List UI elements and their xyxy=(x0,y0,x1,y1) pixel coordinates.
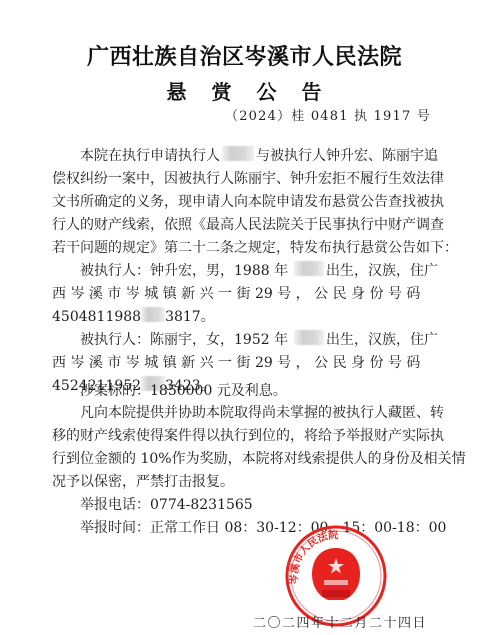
court-name: 广西壮族自治区岑溪市人民法院 xyxy=(0,40,489,71)
text: 被执行人：钟升宏，男，1988 年 xyxy=(80,261,288,281)
reward-line1: 凡向本院提供并协助本院取得尚未掌握的被执行人藏匿、转 xyxy=(52,403,438,423)
redacted-birthdate xyxy=(294,330,324,345)
redacted-birthdate xyxy=(294,261,324,276)
amount: 涉案标的：1850000 元及利息。 xyxy=(52,381,438,401)
redacted-name xyxy=(222,146,254,161)
text: 出生，汉族，住广 xyxy=(326,330,438,350)
text: 与被执行人钟升宏、陈丽宇追 xyxy=(256,146,438,166)
respondent1-address: 西 岑 溪 市 岑 城 镇 新 兴 一 街 29 号 ， 公 民 身 份 号 码 xyxy=(52,284,438,304)
para1-line1: 本院在执行申请执行人 与被执行人钟升宏、陈丽宇追 xyxy=(52,146,438,166)
notice-title: 悬 赏 公 告 xyxy=(0,76,489,105)
text: 被执行人：陈丽宇，女，1952 年 xyxy=(80,330,288,350)
id-prefix: 4504811988 xyxy=(52,307,141,327)
respondent1-line1: 被执行人：钟升宏，男，1988 年 出生，汉族，住广 xyxy=(52,261,438,281)
para1-line5: 若干问题的规定》第二十二条之规定，特发布执行悬赏公告如下： xyxy=(52,238,438,258)
redacted-id xyxy=(141,307,165,322)
reward-line3: 行到位金额的 10%作为奖励，本院将对线索提供人的身份及相关情 xyxy=(52,449,438,469)
date: 二〇二四年十二月二十四日 xyxy=(253,612,427,631)
para1-line3: 文书所确定的义务，现申请人向本院申请发布悬赏公告查找被执 xyxy=(52,192,438,212)
respondent2-address: 西 岑 溪 市 岑 城 镇 新 兴 一 街 29 号 ， 公 民 身 份 号 码 xyxy=(52,353,438,373)
para1-line4: 行人的财产线索，依照《最高人民法院关于民事执行中财产调查 xyxy=(52,215,438,235)
id-suffix: 3817。 xyxy=(165,307,215,327)
respondent2-line1: 被执行人：陈丽宇，女，1952 年 出生，汉族，住广 xyxy=(52,330,438,350)
respondent1-id: 4504811988 3817。 xyxy=(52,307,438,327)
para1-line2: 偿权纠纷一案中，因被执行人陈丽宇、钟升宏拒不履行生效法律 xyxy=(52,169,438,189)
reward-line2: 移的财产线索使得案件得以执行到位的，将给予举报财产实际执 xyxy=(52,426,438,446)
text: 本院在执行申请执行人 xyxy=(80,146,220,166)
text: 出生，汉族，住广 xyxy=(326,261,438,281)
reward-line4: 况予以保密，严禁打击报复。 xyxy=(52,472,438,492)
report-phone: 举报电话：0774-8231565 xyxy=(52,495,438,515)
case-number: （2024）桂 0481 执 1917 号 xyxy=(225,105,431,124)
